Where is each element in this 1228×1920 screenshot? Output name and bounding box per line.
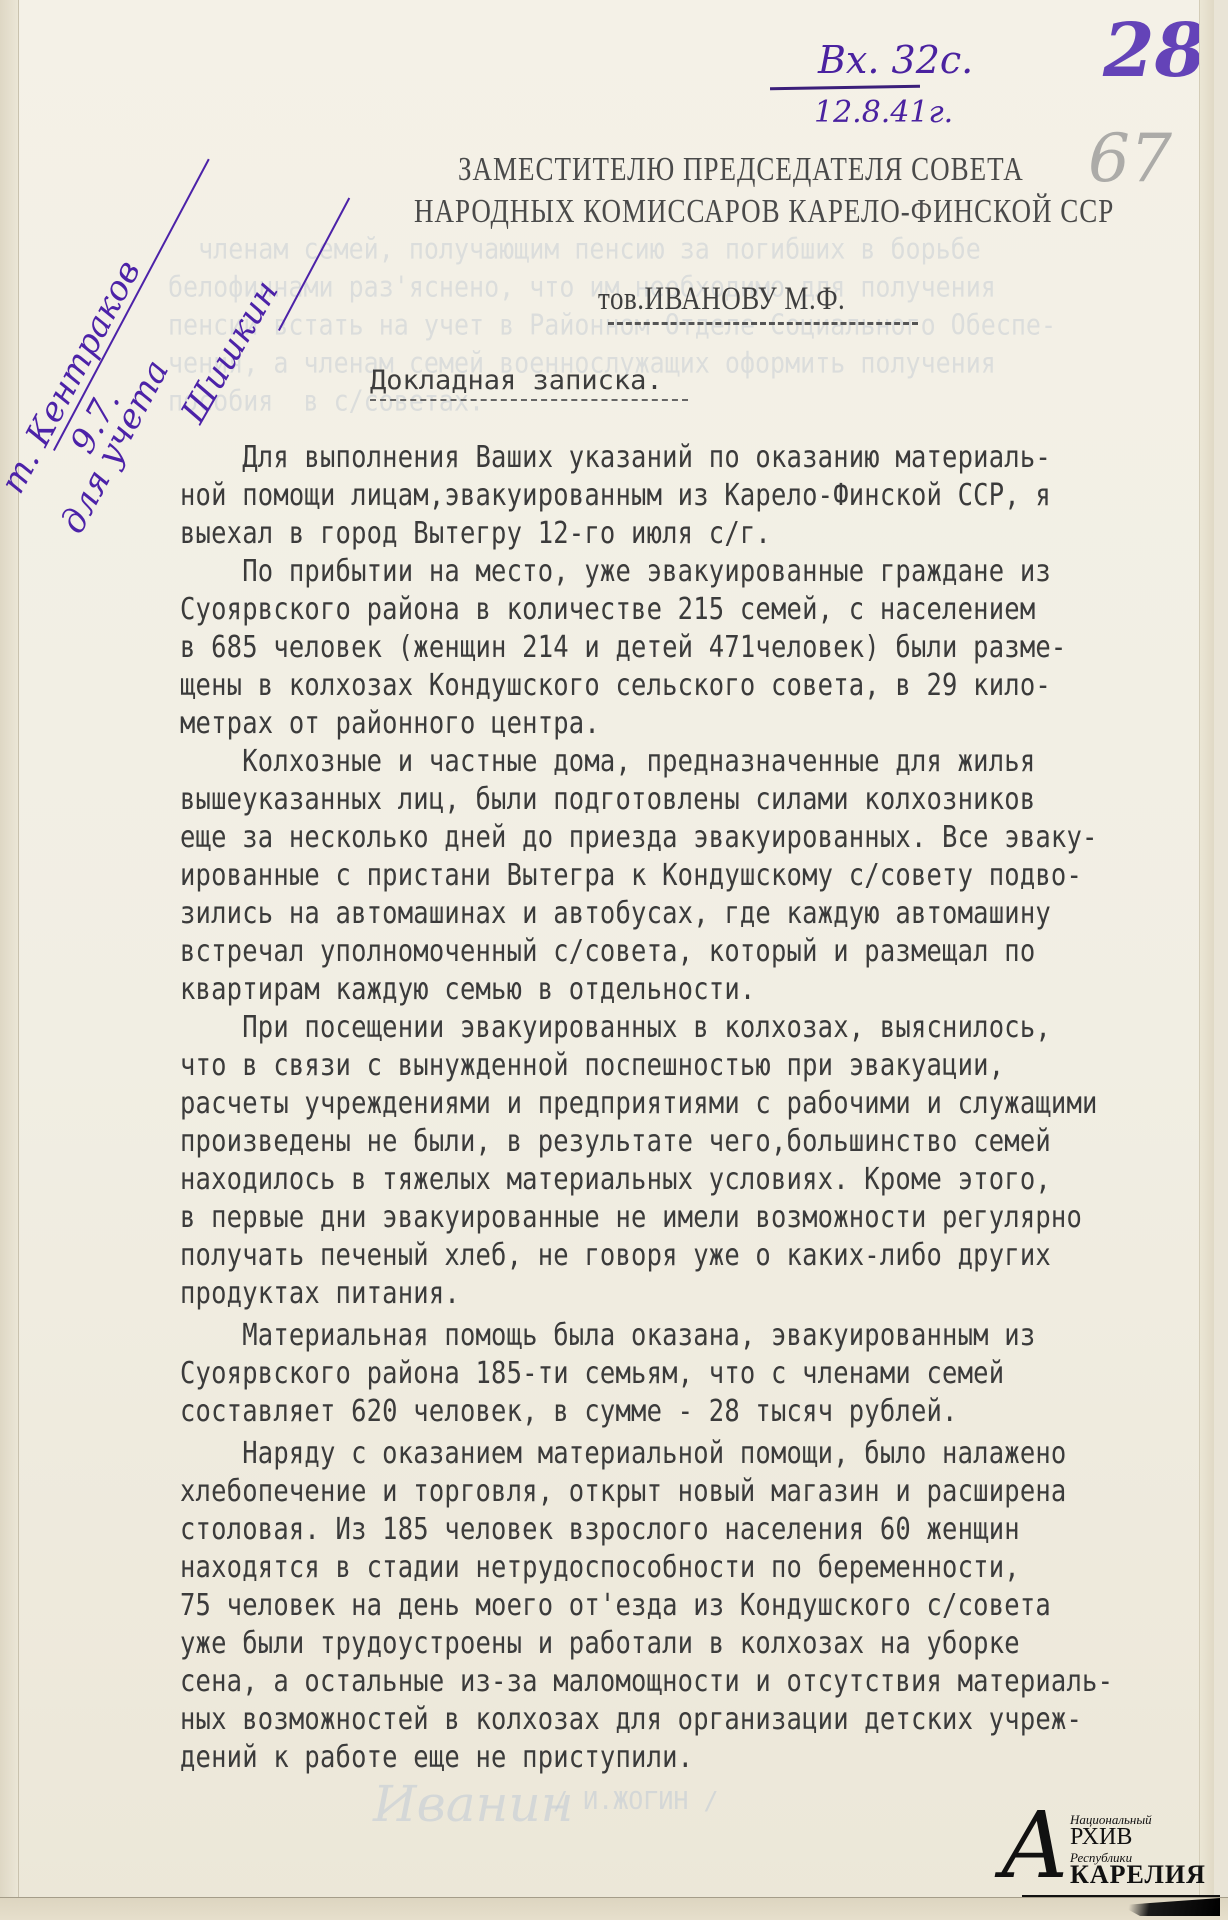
body-line: находилось в тяжелых материальных услови… (180, 1162, 1051, 1197)
header-recipient-line1: ЗАМЕСТИТЕЛЮ ПРЕДСЕДАТЕЛЯ СОВЕТА (458, 150, 1024, 189)
body-line: выехал в город Вытегру 12-го июля с/г. (180, 516, 771, 551)
body-line: Суоярвского района 185-ти семьям, что с … (180, 1356, 1004, 1391)
body-line: ных возможностей в колхозах для организа… (180, 1702, 1082, 1737)
body-line: произведены не были, в результате чего,б… (180, 1124, 1051, 1159)
body-line: составляет 620 человек, в сумме - 28 тыс… (180, 1394, 958, 1429)
bleed-through-signature: Иванин (373, 1775, 574, 1833)
header-recipient-line2: НАРОДНЫХ КОМИССАРОВ КАРЕЛО-ФИНСКОЙ ССР (414, 192, 1114, 231)
body-line: Суоярвского района в количестве 215 семе… (180, 592, 1035, 627)
body-line: Наряду с оказанием материальной помощи, … (180, 1436, 1066, 1471)
body-line: дений к работе еще не приступили. (180, 1740, 693, 1775)
body-line: 75 человек на день моего от'езда из Конд… (180, 1588, 1051, 1623)
body-line: щены в колхозах Кондушского сельского со… (180, 668, 1051, 703)
archive-logo: А Национальный РХИВ Республики КАРЕЛИЯ (1000, 1810, 1220, 1915)
sheet-number-stamp: 28 (1103, 8, 1206, 94)
registration-number: Вх. 32с. (818, 38, 973, 82)
quill-icon (1120, 1898, 1220, 1916)
body-line: встречал уполномоченный с/совета, которы… (180, 934, 1035, 969)
body-line: что в связи с вынужденной поспешностью п… (180, 1048, 1004, 1083)
addressee: тов.ИВАНОВУ М.Ф. (598, 280, 845, 317)
document-page: членам семей, получающим пенсию за погиб… (18, 0, 1214, 1920)
page-edge-right (1199, 0, 1214, 1920)
registration-divider (770, 85, 920, 91)
body-line: метрах от районного центра. (180, 706, 600, 741)
body-line: еще за несколько дней до приезда эвакуир… (180, 820, 1098, 855)
body-line: расчеты учреждениями и предприятиями с р… (180, 1086, 1098, 1121)
body-line: сена, а остальные из-за маломощности и о… (180, 1664, 1113, 1699)
resolution-stroke (278, 198, 350, 331)
body-line: продуктах питания. (180, 1276, 460, 1311)
body-line: При посещении эвакуированных в колхозах,… (180, 1010, 1051, 1045)
body-line: Колхозные и частные дома, предназначенны… (180, 744, 1035, 779)
body-line: зились на автомашинах и автобусах, где к… (180, 896, 1051, 931)
body-line: в 685 человек (женщин 214 и детей 471чел… (180, 630, 1066, 665)
body-line: ированные с пристани Вытегра к Кондушско… (180, 858, 1082, 893)
sheet-number-pencil: 67 (1088, 120, 1172, 197)
body-line: Для выполнения Ваших указаний по оказани… (180, 440, 1051, 475)
body-line: ной помощи лицам,эвакуированным из Карел… (180, 478, 1051, 513)
addressee-underline (608, 322, 918, 325)
registration-date: 12.8.41г. (814, 95, 953, 130)
document-title: Докладная записка. (370, 365, 663, 396)
body-line: Материальная помощь была оказана, эвакуи… (180, 1318, 1035, 1353)
archive-logo-initial: А (1000, 1792, 1070, 1899)
body-line: квартирам каждую семью в отдельности. (180, 972, 755, 1007)
resolution-signature: Шишкин (173, 274, 286, 430)
body-line: По прибытии на место, уже эвакуированные… (180, 554, 1051, 589)
page-edge-left (0, 0, 19, 1920)
body-line: получать печеный хлеб, не говоря уже о к… (180, 1238, 1051, 1273)
body-line: столовая. Из 185 человек взрослого насел… (180, 1512, 1020, 1547)
body-line: вышеуказанных лиц, были подготовлены сил… (180, 782, 1035, 817)
body-line: в первые дни эвакуированные не имели воз… (180, 1200, 1082, 1235)
document-title-underline (370, 399, 688, 401)
archive-logo-line4: КАРЕЛИЯ (1070, 1860, 1206, 1890)
body-line: хлебопечение и торговля, открыт новый ма… (180, 1474, 1066, 1509)
archive-logo-line2: РХИВ (1070, 1824, 1132, 1851)
body-line: находятся в стадии нетрудоспособности по… (180, 1550, 1020, 1585)
bleed-through-signer-name: / И.ЖОГИН / (553, 1786, 719, 1815)
archive-logo-rule (1022, 1895, 1220, 1897)
body-line: уже были трудоустроены и работали в колх… (180, 1626, 1020, 1661)
